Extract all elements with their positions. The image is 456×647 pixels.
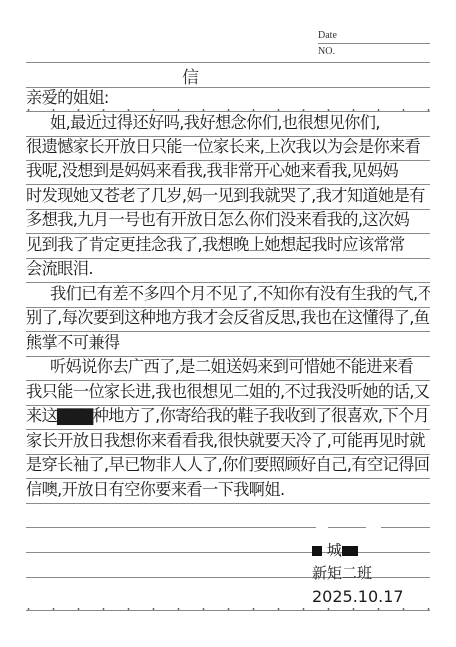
ruled-line: [26, 610, 430, 611]
signature-name: 城: [312, 539, 358, 561]
ruled-line: [26, 527, 430, 528]
body-line: 家长开放日我想你来看看我,很快就要天冷了,可能再见时就: [26, 429, 430, 453]
signature-date: 2025.10.17: [312, 586, 404, 608]
body-line: 很遗憾家长开放日只能一位家长来,上次我以为会是你来看: [26, 135, 430, 159]
body-line: 多想我,九月一号也有开放日怎么你们没来看我的,这次妈: [26, 208, 430, 232]
ruled-line-segment: [328, 527, 366, 528]
ruled-line: [26, 552, 430, 553]
body-line: 会流眼泪.: [26, 257, 430, 281]
signature-class: 新矩二班: [312, 562, 372, 584]
ruled-line: [26, 62, 430, 63]
body-line: 听妈说你去广西了,是二姐送妈来到可惜她不能进来看: [26, 355, 430, 379]
redaction-block: [312, 546, 322, 556]
ruled-line: [26, 503, 430, 504]
body-line: 是穿长袖了,早已物非人人了,你们要照顾好自己,有空记得回: [26, 453, 430, 477]
ruled-line-segment: [381, 527, 430, 528]
letter-title: 信: [182, 63, 199, 88]
redaction-block: [342, 546, 358, 556]
body-line: 我呢,没想到是妈妈来看我,我非常开心她来看我,见妈妈: [26, 159, 430, 183]
salutation: 亲爱的姐姐:: [26, 86, 430, 110]
body-line: 时发现她又苍老了几岁,妈一见到我就哭了,我才知道她是有: [26, 184, 430, 208]
body-line: 别了,每次要到这种地方我才会反省反思,我也在这懂得了,鱼与: [26, 306, 430, 330]
header-meta: Date NO.: [318, 28, 430, 59]
body-line: 姐,最近过得还好吗,我好想念你们,也很想见你们,: [26, 111, 430, 135]
body-line: 我们已有差不多四个月不见了,不知你有没有生我的气,不告而: [26, 282, 430, 306]
body-line: 来这▇▇▇种地方了,你寄给我的鞋子我收到了很喜欢,下个月: [26, 404, 430, 428]
body-line: 我只能一位家长进,我也很想见二姐的,不过我没听她的话,又: [26, 380, 430, 404]
body-line: 见到我了肯定更挂念我了,我想晚上她想起我时应该常常: [26, 233, 430, 257]
signature-name-visible: 城: [327, 541, 342, 559]
body-line: 熊掌不可兼得: [26, 331, 430, 355]
body-line: 信噢,开放日有空你要来看一下我啊姐.: [26, 478, 430, 502]
no-label: NO.: [318, 44, 430, 59]
date-label: Date: [318, 28, 430, 44]
ruled-line-segment: [26, 527, 316, 528]
